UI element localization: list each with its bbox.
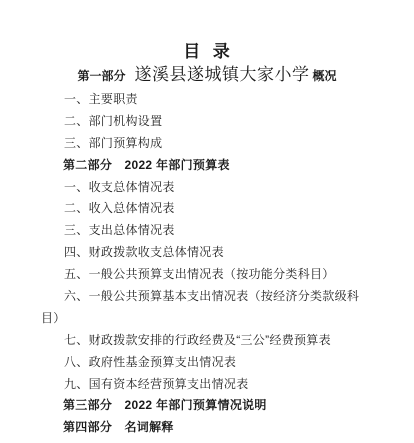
page-title: 目 录 — [0, 41, 414, 62]
toc-entry: 二、部门机构设置 — [41, 111, 380, 133]
toc-entry: 六、一般公共预算基本支出情况表（按经济分类款级科 — [41, 286, 380, 308]
toc-entry: 一、主要职责 — [41, 89, 380, 111]
toc-entry: 八、政府性基金预算支出情况表 — [41, 352, 380, 374]
toc-part-heading: 第四部分 名词解释 — [41, 417, 380, 439]
part1-suffix: 概况 — [313, 69, 337, 83]
toc-entry: 四、财政拨款收支总体情况表 — [41, 242, 380, 264]
toc-entry: 目） — [41, 308, 380, 330]
part1-label: 第一部分 — [77, 69, 125, 83]
part1-school-name: 遂溪县遂城镇大家小学 — [135, 65, 310, 84]
toc-entry: 九、国有资本经营预算支出情况表 — [41, 374, 380, 396]
part1-heading: 第一部分遂溪县遂城镇大家小学概况 — [0, 62, 414, 89]
document-page: 目 录 第一部分遂溪县遂城镇大家小学概况 一、主要职责二、部门机构设置三、部门预… — [0, 0, 414, 443]
toc-entry: 五、一般公共预算支出情况表（按功能分类科目） — [41, 264, 380, 286]
toc-entry: 二、收入总体情况表 — [41, 198, 380, 220]
toc-entry: 七、财政拨款安排的行政经费及“三公”经费预算表 — [41, 330, 380, 352]
toc-entry: 一、收支总体情况表 — [41, 177, 380, 199]
toc-list: 一、主要职责二、部门机构设置三、部门预算构成第二部分 2022 年部门预算表一、… — [41, 89, 380, 439]
toc-part-heading: 第二部分 2022 年部门预算表 — [41, 155, 380, 177]
toc-entry: 三、部门预算构成 — [41, 133, 380, 155]
toc-part-heading: 第三部分 2022 年部门预算情况说明 — [41, 395, 380, 417]
toc-entry: 三、支出总体情况表 — [41, 220, 380, 242]
